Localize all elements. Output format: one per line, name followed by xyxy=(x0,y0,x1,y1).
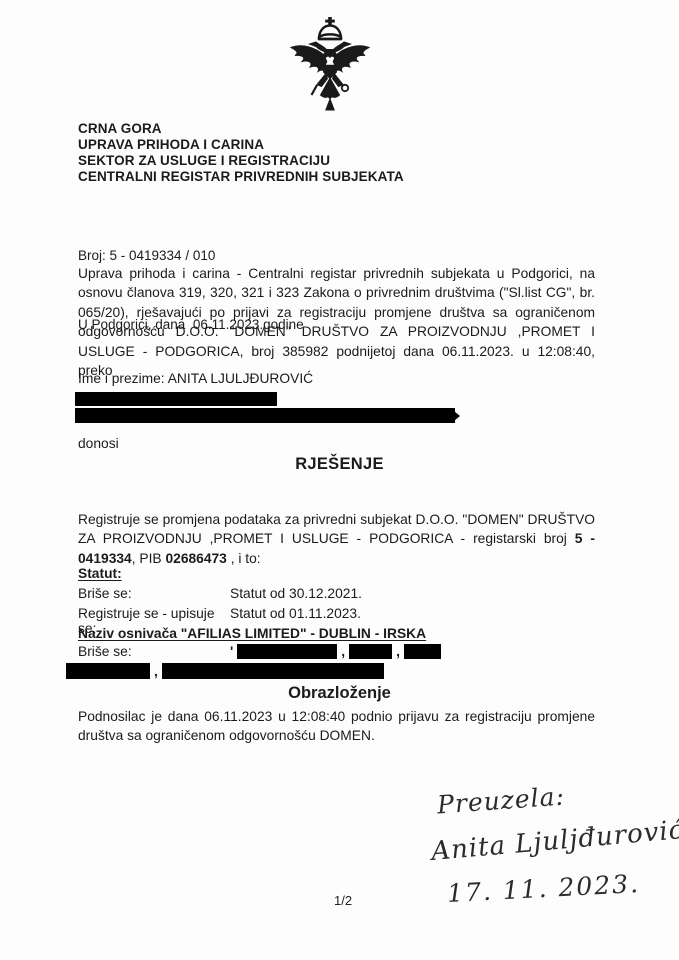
decision-title: RJEŠENJE xyxy=(0,455,679,474)
statut-heading: Statut: xyxy=(78,566,122,581)
redaction-comma: , xyxy=(154,664,158,679)
registration-text: , i to: xyxy=(227,551,261,566)
handwritten-signature: Anita Ljuljđurović xyxy=(430,815,679,867)
redaction-bar xyxy=(75,408,455,423)
document-page: CRNA GORA UPRAVA PRIHODA I CARINA SEKTOR… xyxy=(0,0,679,960)
redaction-bar xyxy=(237,644,337,659)
redaction-bar xyxy=(349,644,392,659)
redacted-founder-values-continued: , xyxy=(66,663,384,679)
row-label: Briše se: xyxy=(78,586,230,601)
redaction-apostrophe: ' xyxy=(230,644,233,659)
statut-row: Briše se: Statut od 30.12.2021. xyxy=(78,586,362,601)
redaction-comma: , xyxy=(396,644,400,659)
montenegro-coat-of-arms-icon xyxy=(287,16,373,118)
redacted-founder-values: ' , , xyxy=(230,644,441,659)
intro-paragraph: Uprava prihoda i carina - Centralni regi… xyxy=(78,264,595,380)
handwritten-preuzela: Preuzela: xyxy=(436,782,566,820)
obrazlozenje-title: Obrazloženje xyxy=(0,684,679,703)
founder-heading: Naziv osnivača "AFILIAS LIMITED" - DUBLI… xyxy=(78,626,426,641)
registration-text: , PIB xyxy=(132,551,166,566)
redaction-bar xyxy=(75,392,277,406)
org-line-registry: CENTRALNI REGISTAR PRIVREDNIH SUBJEKATA xyxy=(78,169,404,185)
redaction-bar xyxy=(66,663,150,679)
org-line-sector: SEKTOR ZA USLUGE I REGISTRACIJU xyxy=(78,153,404,169)
issuing-org-block: CRNA GORA UPRAVA PRIHODA I CARINA SEKTOR… xyxy=(78,121,404,185)
founder-brise-row: Briše se: ' , , xyxy=(78,644,441,659)
donosi-text: donosi xyxy=(78,436,119,451)
row-label: Briše se: xyxy=(78,644,230,659)
registration-paragraph: Registruje se promjena podataka za privr… xyxy=(78,510,595,568)
pib-number: 02686473 xyxy=(165,551,226,566)
row-value: Statut od 30.12.2021. xyxy=(230,586,362,601)
page-indicator: 1/2 xyxy=(334,893,352,908)
obrazlozenje-paragraph: Podnosilac je dana 06.11.2023 u 12:08:40… xyxy=(78,707,595,746)
handwritten-date: 17. 11. 2023. xyxy=(446,869,640,908)
redaction-comma: , xyxy=(341,644,345,659)
org-line-country: CRNA GORA xyxy=(78,121,404,137)
redaction-bar xyxy=(404,644,441,659)
org-line-administration: UPRAVA PRIHODA I CARINA xyxy=(78,137,404,153)
registration-text: Registruje se promjena podataka za privr… xyxy=(78,512,595,546)
submitter-line: Ime i prezime: ANITA LJULJĐUROVIĆ xyxy=(78,371,313,386)
redaction-bar xyxy=(162,663,384,679)
